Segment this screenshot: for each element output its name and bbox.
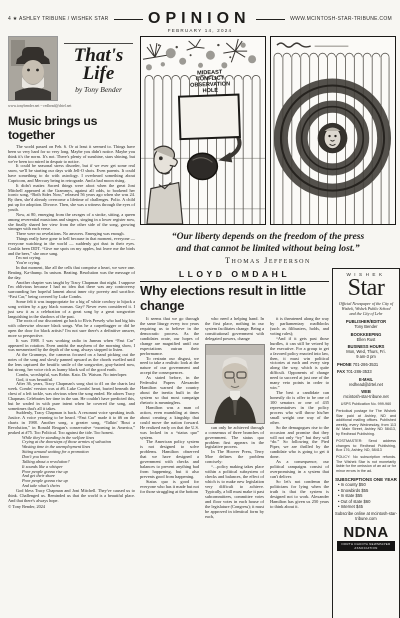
article-headline: Music brings us together <box>8 114 135 142</box>
portrait-man-glasses-icon <box>206 345 264 423</box>
quote-line-1: “Our liberty depends on the freedom of t… <box>140 231 396 243</box>
pull-quote: “Our liberty depends on the freedom of t… <box>140 231 396 265</box>
masthead-name: Star <box>335 277 397 300</box>
omdahl-byline: LLOYD OMDAHL <box>140 269 329 279</box>
paragraph: It could be seasonal stress disorder, bu… <box>8 164 135 183</box>
paragraph: God bless Tracy Chapman and Joni Mitchel… <box>8 489 135 504</box>
cartoon-panel-right <box>270 36 396 225</box>
paragraph: Hamilton was a man of action, even mumbl… <box>140 406 199 441</box>
song-lyrics: While they're standing in the welfare li… <box>8 436 135 489</box>
column-byline: by Tony Bender <box>62 85 135 94</box>
omdahl-headline: Why elections result in little change <box>140 283 329 313</box>
paragraph: can only be achieved through a consensus… <box>205 426 264 451</box>
paragraph: The world passed on Feb. 6. Or at least … <box>8 145 135 164</box>
paragraph: • Internet $45 <box>335 504 397 509</box>
ndna-subtitle: NORTH DAKOTA NEWSPAPER ASSOCIATION <box>337 541 395 551</box>
paragraph: To restrain our disgust, we need to take… <box>140 357 199 377</box>
omdahl-col-1: It seems that we go through the same lit… <box>140 317 199 520</box>
column-title: That's Life <box>62 47 135 83</box>
folio-line: 4 ★ ASHLEY TRIBUNE / WISHEK STAR <box>8 16 109 22</box>
publisher-name: Tony Bender <box>335 324 397 329</box>
author-contact: www.tonybender.net ~ redhead@drtel.net <box>8 104 135 108</box>
phone-line: PHONE 701-286-3531 <box>335 362 397 367</box>
paragraph: it is threatened along the way by parlia… <box>270 317 329 337</box>
header-rule-left <box>114 19 144 20</box>
paragraph: Things really have gone to hell because … <box>8 237 135 256</box>
paragraph: It was 1988. I was working radio in June… <box>8 339 135 354</box>
masthead-box: WISHEK Star Official Newspaper of the Ci… <box>332 268 400 618</box>
omdahl-rule <box>140 281 329 282</box>
phone-number: 701-286-3531 <box>353 362 379 367</box>
postmaster-notice: POSTMASTER: Send address changes to: Red… <box>335 439 397 452</box>
paragraph: In that moment, like all the cells that … <box>8 266 135 281</box>
omdahl-col2-top: who need a helping hand. In the first pl… <box>205 317 264 342</box>
article-body: The world passed on Feb. 6. Or at least … <box>8 145 135 436</box>
fax-line: FAX 701-286-3533 <box>335 369 397 374</box>
lloyd-omdahl-photo <box>205 344 265 424</box>
editorial-cartoon: MIDEASTCONFLICTOBSERVATIONHOLE <box>140 36 396 225</box>
portrait-man-with-hat-icon <box>9 37 57 100</box>
page-header: 4 ★ ASHLEY TRIBUNE / WISHEK STAR OPINION… <box>8 11 392 33</box>
newspaper-opinion-page: 4 ★ ASHLEY TRIBUNE / WISHEK STAR OPINION… <box>0 0 400 618</box>
masthead-tagline: Official Newspaper of the City of Wishek… <box>338 302 394 317</box>
ndna-wordmark: NDNA <box>335 525 397 540</box>
quote-attribution: Thomas Jefferson <box>140 256 396 265</box>
paragraph: who need a helping hand. In the first pl… <box>205 317 264 342</box>
subscribe-online-line: Subscribe online at mcintosh-star-tribun… <box>335 511 397 521</box>
paragraph: Another chapter was taught by Tracy Chap… <box>8 281 135 300</box>
article-closing: God bless Tracy Chapman and Joni Mitchel… <box>8 489 135 504</box>
paragraph: It seems that we go through the same lit… <box>140 317 199 357</box>
omdahl-column: LLOYD OMDAHL Why elections result in lit… <box>140 269 329 520</box>
paragraph: In The Hoover Press, Terry Moe defines t… <box>205 450 264 465</box>
paragraph: “And if it gets past those hurdles, it c… <box>270 337 329 391</box>
paragraph: So the demagogues rise to the occasion a… <box>270 426 329 461</box>
paragraph: Some felt it was inappropriate for a big… <box>8 300 135 319</box>
paragraph: So let's not condemn the politicians for… <box>270 480 329 510</box>
paragraph: The best a candidate can honestly do is … <box>270 391 329 426</box>
phone-label: PHONE <box>337 362 352 367</box>
email-address: redhead@drtel.net <box>335 382 397 387</box>
target-fence-icon <box>271 37 395 224</box>
cartoon-sign: MIDEASTCONFLICTOBSERVATIONHOLE <box>183 69 238 95</box>
quote-line-2: and that cannot be limited without being… <box>140 243 396 255</box>
subscription-rates: • In county $50• Snowbirds $55• In state… <box>335 482 397 509</box>
paragraph: The roots of our discontent go back to E… <box>8 319 135 338</box>
omdahl-col-2: who need a helping hand. In the first pl… <box>205 317 264 520</box>
header-rule-right <box>256 19 286 20</box>
fax-label: FAX <box>337 369 345 374</box>
paragraph: The American policy system is not design… <box>140 440 199 480</box>
cartoonist-signature <box>277 43 311 47</box>
issue-date: FEBRUARY 14, 2024 <box>8 28 392 33</box>
omdahl-col2-bottom: can only be achieved through a consensus… <box>205 426 264 520</box>
web-address: mcintosh-star-tribune.net <box>335 394 397 399</box>
paragraph: It didn't matter. Sacred things were afo… <box>8 184 135 213</box>
paragraph: Now, at 80, emerging from the ravages of… <box>8 213 135 232</box>
periodical-notice: Periodical postage for The Wishek Star p… <box>335 409 397 436</box>
hours-time: 9 am-3 pm <box>335 354 397 359</box>
tony-bender-photo <box>8 36 58 101</box>
usps-line: USPS Publication No. 999-960 <box>335 402 397 406</box>
fax-number: 701-286-3533 <box>346 369 372 374</box>
policy-notice: POLICY: No subscription refunds. The Wis… <box>335 455 397 473</box>
copyright-line: © Tony Bender, 2024 <box>8 504 135 509</box>
paragraph: Status quo is good for everyone who has … <box>140 480 199 495</box>
thats-life-column: That's Life by Tony Bender www.tonybende… <box>8 36 135 509</box>
paragraph: At the Grammys, the cameras focused on a… <box>8 353 135 372</box>
ndna-logo: NDNA NORTH DAKOTA NEWSPAPER ASSOCIATION <box>335 525 397 551</box>
paragraph: As stated before, in the Federalist Pape… <box>140 376 199 406</box>
cartoon-panel-left: MIDEASTCONFLICTOBSERVATIONHOLE <box>140 36 266 225</box>
section-title: OPINION <box>148 11 251 27</box>
title-rule <box>64 43 133 44</box>
paragraph: Suddenly, Tracy Chapman is back. A reson… <box>8 411 135 435</box>
fence-scene-icon <box>141 37 265 224</box>
website-line: WWW.MCINTOSH-STAR-TRIBUNE.COM <box>290 16 392 22</box>
paragraph: “…policy making takes place within a pol… <box>205 465 264 519</box>
paragraph: As a consequence, our political campaign… <box>270 460 329 480</box>
paragraph: After 36, years, Tracy Chapman's song sh… <box>8 382 135 411</box>
bookkeeper-name: Ellen Rust <box>335 337 397 342</box>
omdahl-col-3: it is threatened along the way by parlia… <box>270 317 329 520</box>
